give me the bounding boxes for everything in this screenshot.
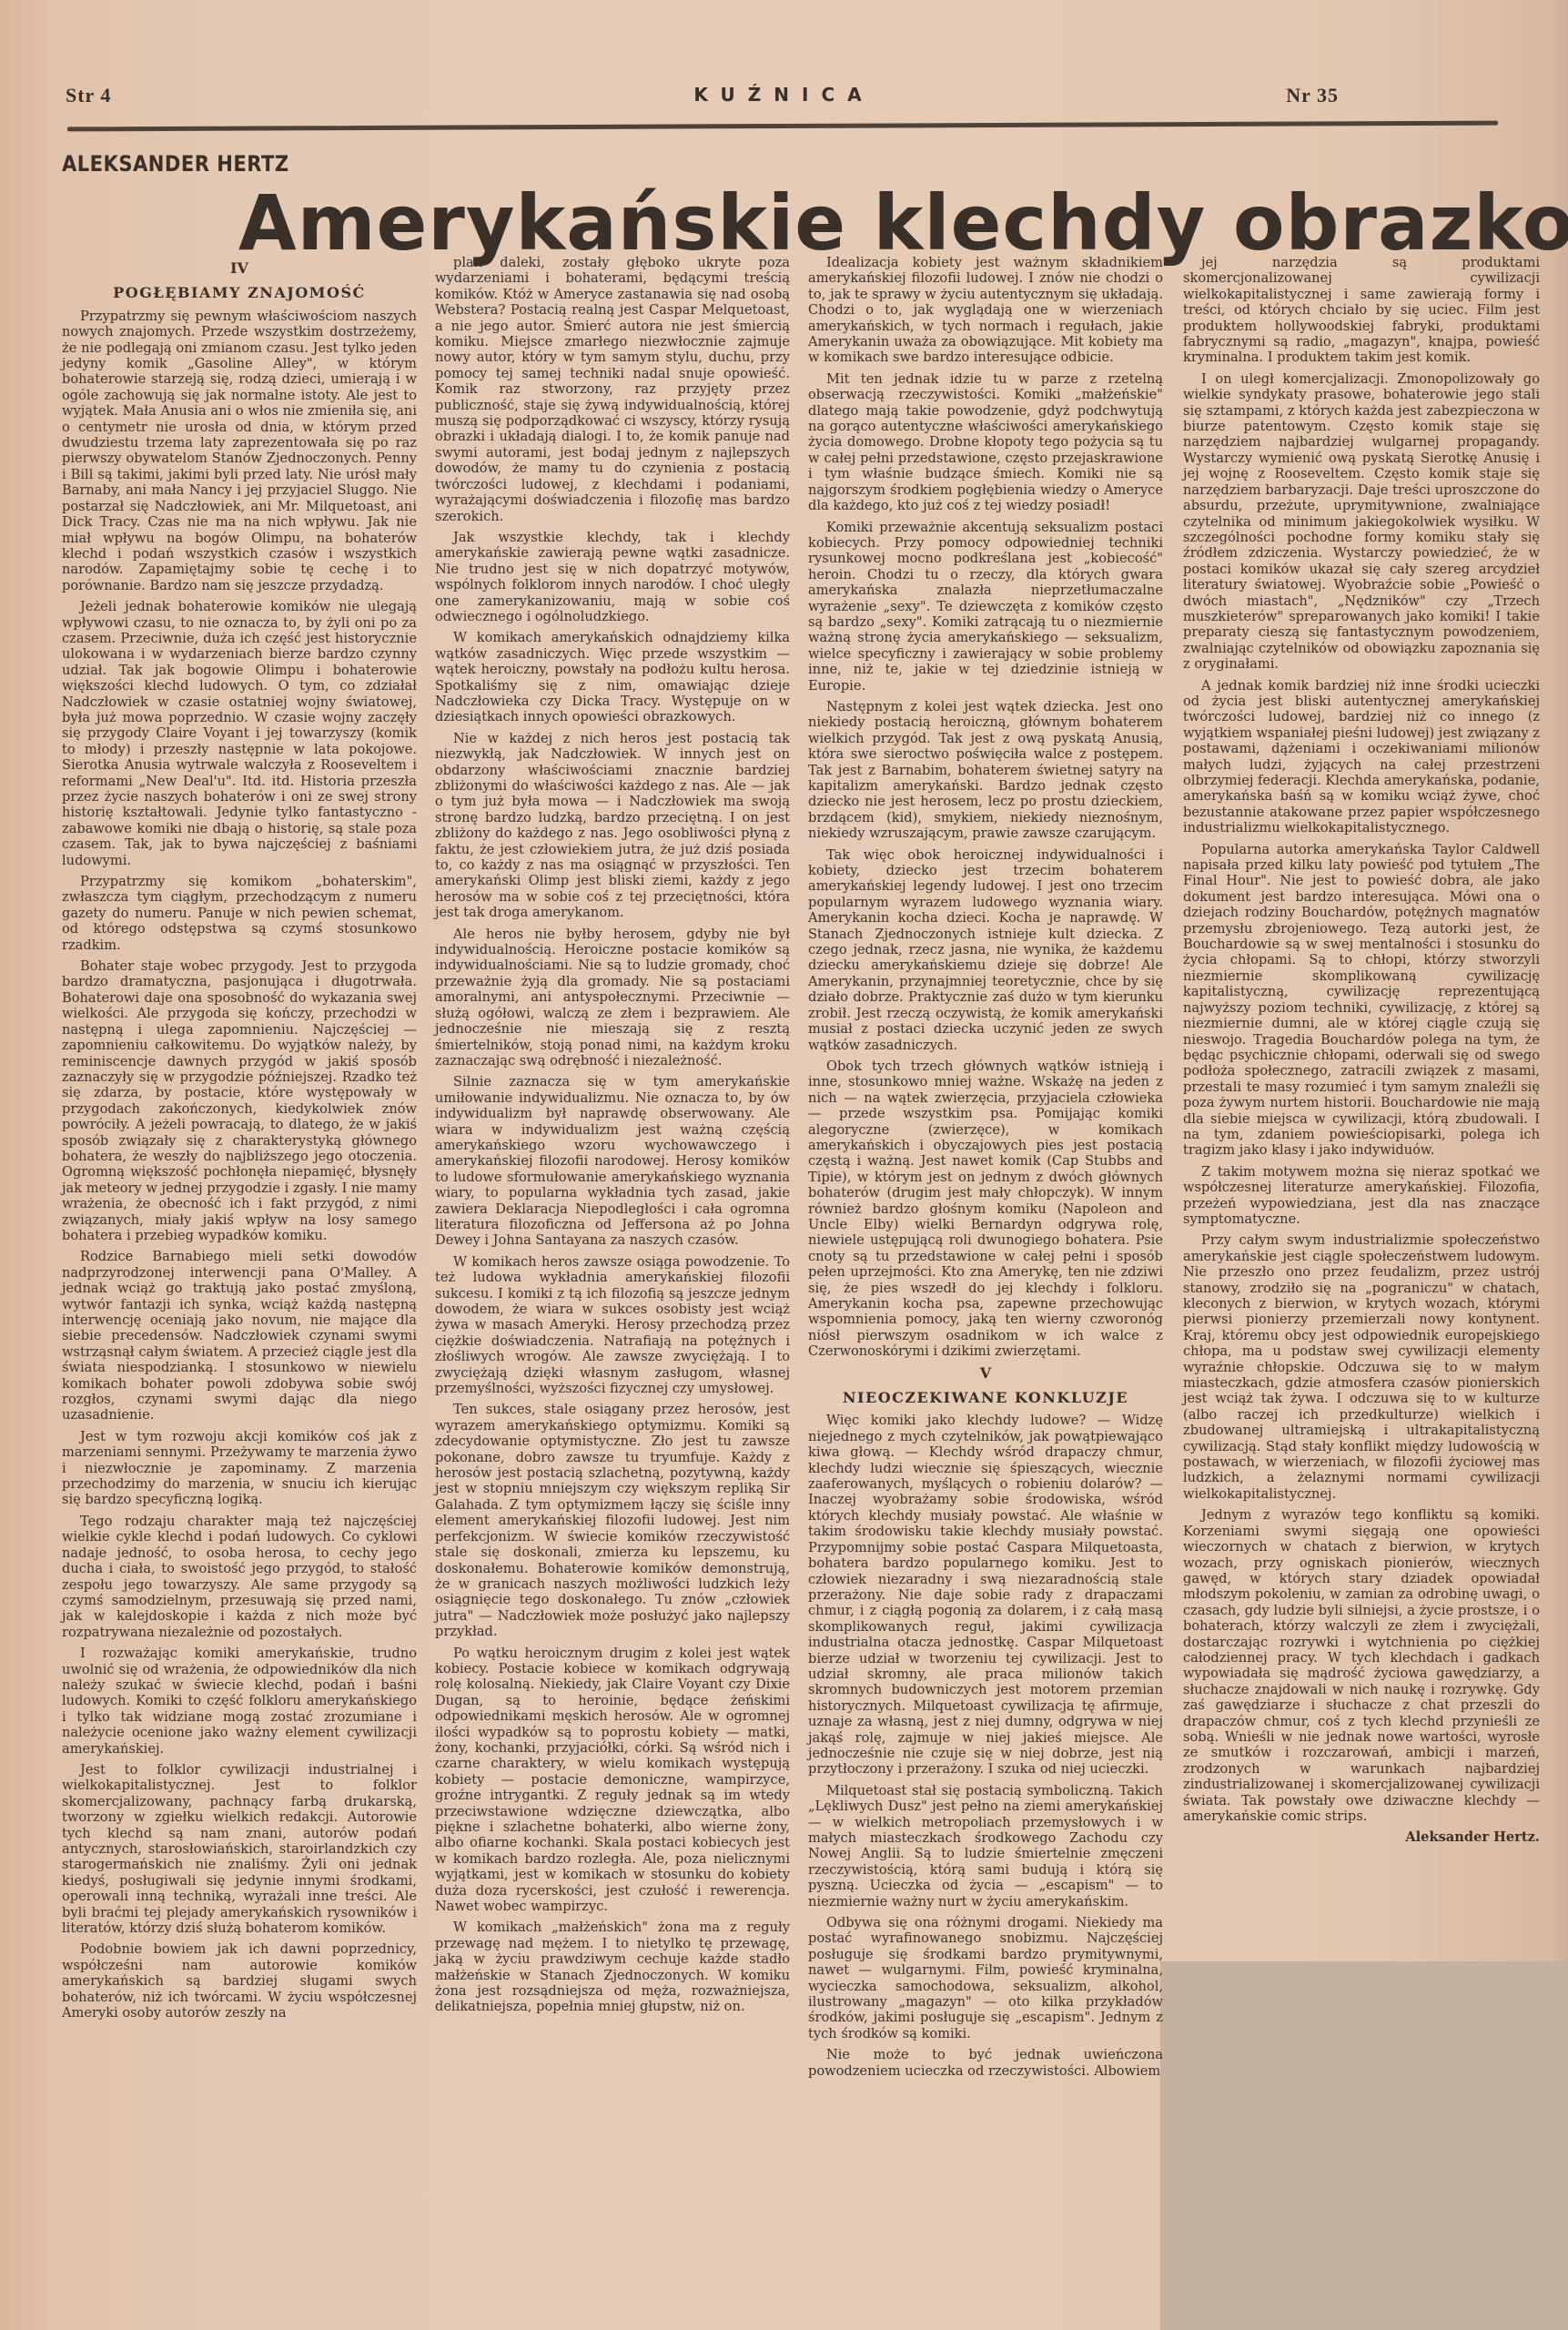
paragraph: Jeżeli jednak bohaterowie komików nie ul… [62, 599, 417, 868]
paragraph: Jak wszystkie klechdy, tak i klechdy ame… [435, 530, 790, 624]
paragraph: Komiki przeważnie akcentują seksualizm p… [808, 520, 1163, 694]
paragraph: Przypatrzmy się pewnym właściwościom nas… [62, 309, 417, 593]
column-4: jej narzędzia są produktami skomercjonal… [1183, 255, 1540, 1851]
column-4-body: jej narzędzia są produktami skomercjonal… [1183, 255, 1540, 1824]
paragraph: I rozważając komiki amerykańskie, trudno… [62, 1646, 417, 1757]
column-2: plan daleki, zostały głęboko ukryte poza… [435, 255, 790, 2021]
paragraph: Przypatrzmy się komikom „bohaterskim", z… [62, 874, 417, 953]
paragraph: Jest w tym rozwoju akcji komików coś jak… [62, 1429, 417, 1508]
column-1-body: Przypatrzmy się pewnym właściwościom nas… [62, 309, 417, 2021]
paragraph: Więc komiki jako klechdy ludowe? — Widzę… [808, 1413, 1163, 1777]
paragraph: W komikach amerykańskich odnajdziemy kil… [435, 630, 790, 724]
section-number: V [808, 1365, 1163, 1381]
paragraph: plan daleki, zostały głęboko ukryte poza… [435, 255, 790, 524]
paragraph: Przy całym swym industrializmie społecze… [1183, 1232, 1540, 1502]
paragraph: Podobnie bowiem jak ich dawni poprzednic… [62, 1941, 417, 2021]
column-2-body: plan daleki, zostały głęboko ukryte poza… [435, 255, 790, 2015]
paragraph: Silnie zaznacza się w tym amerykańskie u… [435, 1074, 790, 1248]
paragraph: Z takim motywem można się nieraz spotkać… [1183, 1164, 1540, 1228]
paragraph: I on uległ komercjalizacji. Zmonopolizow… [1183, 371, 1540, 673]
scan-crop-background [1160, 1961, 1568, 2330]
paragraph: Rodzice Barnabiego mieli setki dowodów n… [62, 1249, 417, 1423]
paragraph: A jednak komik bardziej niż inne środki … [1183, 678, 1540, 836]
column-1: IV POGŁĘBIAMY ZNAJOMOŚĆ Przypatrzmy się … [62, 255, 417, 2026]
paragraph: Mit ten jednak idzie tu w parze z rzetel… [808, 371, 1163, 514]
paragraph: Jednym z wyrazów tego konfliktu są komik… [1183, 1507, 1540, 1824]
paragraph: Odbywa się ona różnymi drogami. Niekiedy… [808, 1915, 1163, 2041]
paragraph: Ale heros nie byłby herosem, gdyby nie b… [435, 927, 790, 1069]
column-3-body-after-section: Więc komiki jako klechdy ludowe? — Widzę… [808, 1413, 1163, 2079]
section-number: IV [62, 260, 417, 276]
paragraph: W komikach „małżeńskich" żona ma z reguł… [435, 1920, 790, 2014]
paragraph: Idealizacja kobiety jest ważnym składnik… [808, 255, 1163, 366]
author-signature: Aleksander Hertz. [1183, 1829, 1540, 1845]
paragraph: Nie może to być jednak uwieńczona powodz… [808, 2047, 1163, 2079]
author-byline: ALEKSANDER HERTZ [62, 151, 289, 177]
paragraph: Milquetoast stał się postacią symboliczn… [808, 1783, 1163, 1910]
section-title: NIEOCZEKIWANE KONKLUZJE [808, 1390, 1163, 1405]
column-3: Idealizacja kobiety jest ważnym składnik… [808, 255, 1163, 2084]
issue-number: Nr 35 [1286, 84, 1339, 107]
paragraph: Bohater staje wobec przygody. Jest to pr… [62, 958, 417, 1243]
paragraph: Po wątku heroicznym drugim z kolei jest … [435, 1646, 790, 1915]
paragraph: Popularna autorka amerykańska Taylor Cal… [1183, 842, 1540, 1159]
paragraph: jej narzędzia są produktami skomercjonal… [1183, 255, 1540, 366]
paragraph: Następnym z kolei jest wątek dziecka. Je… [808, 699, 1163, 842]
paragraph: Obok tych trzech głównych wątków istniej… [808, 1059, 1163, 1360]
paragraph: Nie w każdej z nich heros jest postacią … [435, 731, 790, 921]
paragraph: Ten sukces, stale osiągany przez herosów… [435, 1402, 790, 1639]
column-3-body: Idealizacja kobiety jest ważnym składnik… [808, 255, 1163, 1360]
paragraph: Tego rodzaju charakter mają też najczęśc… [62, 1514, 417, 1640]
paragraph: Jest to folklor cywilizacji industrialne… [62, 1762, 417, 1936]
paragraph: W komikach heros zawsze osiąga powodzeni… [435, 1254, 790, 1397]
section-title: POGŁĘBIAMY ZNAJOMOŚĆ [62, 285, 417, 300]
paragraph: Tak więc obok heroicznej indywidualności… [808, 847, 1163, 1053]
